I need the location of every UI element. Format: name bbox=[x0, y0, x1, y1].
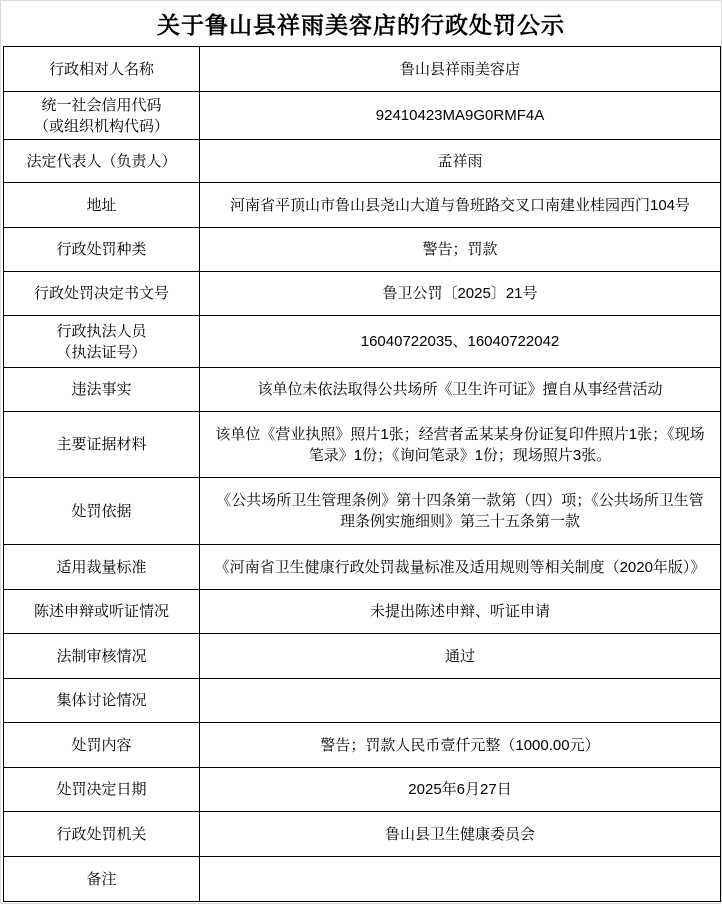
row-label: 行政执法人员 （执法证号） bbox=[4, 316, 200, 368]
table-row: 陈述申辩或听证情况 未提出陈述申辩、听证申请 bbox=[4, 590, 721, 634]
table-row: 违法事实 该单位未依法取得公共场所《卫生许可证》擅自从事经营活动 bbox=[4, 368, 721, 412]
row-label: 行政处罚种类 bbox=[4, 228, 200, 272]
row-value: 鲁山县祥雨美容店 bbox=[200, 47, 721, 92]
row-label: 集体讨论情况 bbox=[4, 679, 200, 723]
row-label: 行政相对人名称 bbox=[4, 47, 200, 92]
table-row: 备注 bbox=[4, 857, 721, 902]
row-value: 该单位未依法取得公共场所《卫生许可证》擅自从事经营活动 bbox=[200, 368, 721, 412]
table-row: 统一社会信用代码 （或组织机构代码） 92410423MA9G0RMF4A bbox=[4, 92, 721, 140]
table-row: 处罚决定日期 2025年6月27日 bbox=[4, 768, 721, 812]
row-value: 警告；罚款人民币壹仟元整（1000.00元） bbox=[200, 723, 721, 768]
row-value: 孟祥雨 bbox=[200, 140, 721, 183]
row-value: 河南省平顶山市鲁山县尧山大道与鲁班路交叉口南建业桂园西门104号 bbox=[200, 183, 721, 228]
row-value: 2025年6月27日 bbox=[200, 768, 721, 812]
row-label: 主要证据材料 bbox=[4, 412, 200, 478]
table-row: 法定代表人（负责人） 孟祥雨 bbox=[4, 140, 721, 183]
table-row: 法制审核情况 通过 bbox=[4, 634, 721, 679]
row-value: 通过 bbox=[200, 634, 721, 679]
table-row: 地址 河南省平顶山市鲁山县尧山大道与鲁班路交叉口南建业桂园西门104号 bbox=[4, 183, 721, 228]
row-label: 行政处罚机关 bbox=[4, 812, 200, 857]
table-row: 集体讨论情况 bbox=[4, 679, 721, 723]
table-row: 行政执法人员 （执法证号） 16040722035、16040722042 bbox=[4, 316, 721, 368]
table-row: 主要证据材料 该单位《营业执照》照片1张；经营者孟某某身份证复印件照片1张；《现… bbox=[4, 412, 721, 478]
row-label: 适用裁量标准 bbox=[4, 545, 200, 590]
table-row: 行政处罚机关 鲁山县卫生健康委员会 bbox=[4, 812, 721, 857]
row-label: 行政处罚决定书文号 bbox=[4, 272, 200, 316]
row-value: 未提出陈述申辩、听证申请 bbox=[200, 590, 721, 634]
row-label: 处罚决定日期 bbox=[4, 768, 200, 812]
penalty-table: 行政相对人名称 鲁山县祥雨美容店 统一社会信用代码 （或组织机构代码） 9241… bbox=[3, 46, 721, 902]
row-value: 《河南省卫生健康行政处罚裁量标准及适用规则等相关制度（2020年版）》 bbox=[200, 545, 721, 590]
row-label: 陈述申辩或听证情况 bbox=[4, 590, 200, 634]
row-value bbox=[200, 679, 721, 723]
row-value: 鲁卫公罚〔2025〕21号 bbox=[200, 272, 721, 316]
row-value: 警告；罚款 bbox=[200, 228, 721, 272]
table-row: 适用裁量标准 《河南省卫生健康行政处罚裁量标准及适用规则等相关制度（2020年版… bbox=[4, 545, 721, 590]
row-label: 处罚内容 bbox=[4, 723, 200, 768]
row-value bbox=[200, 857, 721, 902]
row-value: 16040722035、16040722042 bbox=[200, 316, 721, 368]
row-label: 处罚依据 bbox=[4, 478, 200, 545]
table-row: 行政处罚决定书文号 鲁卫公罚〔2025〕21号 bbox=[4, 272, 721, 316]
announcement-page: 关于鲁山县祥雨美容店的行政处罚公示 行政相对人名称 鲁山县祥雨美容店 统一社会信… bbox=[0, 0, 722, 904]
row-label: 法制审核情况 bbox=[4, 634, 200, 679]
table-row: 处罚内容 警告；罚款人民币壹仟元整（1000.00元） bbox=[4, 723, 721, 768]
row-value: 鲁山县卫生健康委员会 bbox=[200, 812, 721, 857]
row-value: 该单位《营业执照》照片1张；经营者孟某某身份证复印件照片1张；《现场笔录》1份；… bbox=[200, 412, 721, 478]
row-label: 备注 bbox=[4, 857, 200, 902]
penalty-table-body: 行政相对人名称 鲁山县祥雨美容店 统一社会信用代码 （或组织机构代码） 9241… bbox=[4, 47, 721, 902]
row-label: 法定代表人（负责人） bbox=[4, 140, 200, 183]
row-label: 违法事实 bbox=[4, 368, 200, 412]
page-title: 关于鲁山县祥雨美容店的行政处罚公示 bbox=[1, 1, 721, 46]
row-value: 92410423MA9G0RMF4A bbox=[200, 92, 721, 140]
row-value: 《公共场所卫生管理条例》第十四条第一款第（四）项；《公共场所卫生管理条例实施细则… bbox=[200, 478, 721, 545]
table-row: 处罚依据 《公共场所卫生管理条例》第十四条第一款第（四）项；《公共场所卫生管理条… bbox=[4, 478, 721, 545]
table-row: 行政处罚种类 警告；罚款 bbox=[4, 228, 721, 272]
row-label: 统一社会信用代码 （或组织机构代码） bbox=[4, 92, 200, 140]
row-label: 地址 bbox=[4, 183, 200, 228]
table-row: 行政相对人名称 鲁山县祥雨美容店 bbox=[4, 47, 721, 92]
